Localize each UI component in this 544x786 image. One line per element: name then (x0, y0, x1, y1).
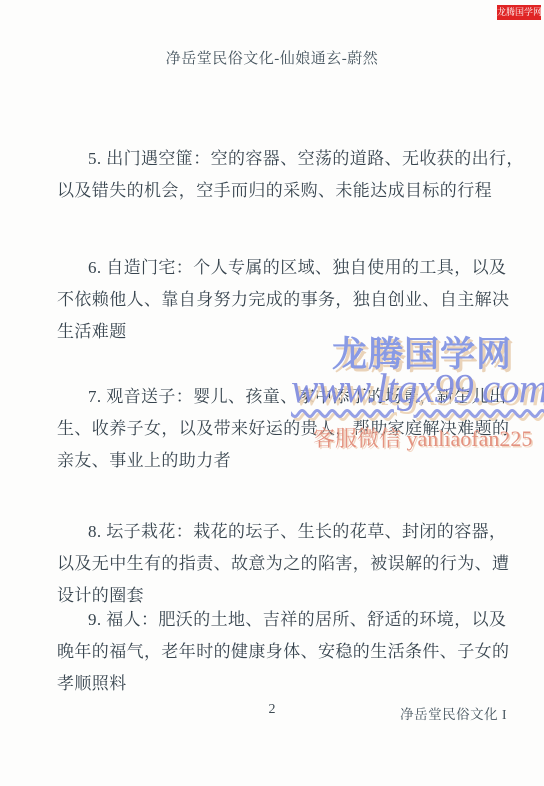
text-line: 以及无中生有的指责、故意为之的陷害，被误解的行为、遭 (57, 548, 493, 580)
corner-red-badge: 龙腾国学网 (497, 5, 541, 20)
watermark-url: www.ltgx99.com (291, 364, 544, 412)
text-line: 晚年的福气，老年时的健康身体、安稳的生活条件、子女的 (57, 636, 493, 668)
text-line: 以及错失的机会，空手而归的采购、未能达成目标的行程 (57, 175, 493, 207)
text-line: 不依赖他人、靠自身努力完成的事务，独自创业、自主解决 (57, 284, 493, 316)
text-line: 8. 坛子栽花：栽花的坛子、生长的花草、封闭的容器， (57, 516, 493, 548)
document-page: 龙腾国学网 净岳堂民俗文化-仙娘通玄-蔚然 5. 出门遇空篚：空的容器、空荡的道… (0, 0, 544, 786)
text-line: 孝顺照料 (57, 668, 493, 700)
page-header-title: 净岳堂民俗文化-仙娘通玄-蔚然 (0, 47, 544, 68)
list-item-5: 5. 出门遇空篚：空的容器、空荡的道路、无收获的出行， 以及错失的机会，空手而归… (57, 143, 493, 207)
text-line: 9. 福人：肥沃的土地、吉祥的居所、舒适的环境，以及 (57, 604, 493, 636)
list-item-8: 8. 坛子栽花：栽花的坛子、生长的花草、封闭的容器， 以及无中生有的指责、故意为… (57, 516, 493, 612)
text-line: 6. 自造门宅：个人专属的区域、独自使用的工具，以及 (57, 252, 493, 284)
watermark-contact: 客服微信 yanliaofan225 (313, 422, 532, 453)
list-item-9: 9. 福人：肥沃的土地、吉祥的居所、舒适的环境，以及 晚年的福气，老年时的健康身… (57, 604, 493, 700)
footer-book-title: 净岳堂民俗文化 I (400, 703, 507, 723)
text-line: 5. 出门遇空篚：空的容器、空荡的道路、无收获的出行， (57, 143, 493, 175)
